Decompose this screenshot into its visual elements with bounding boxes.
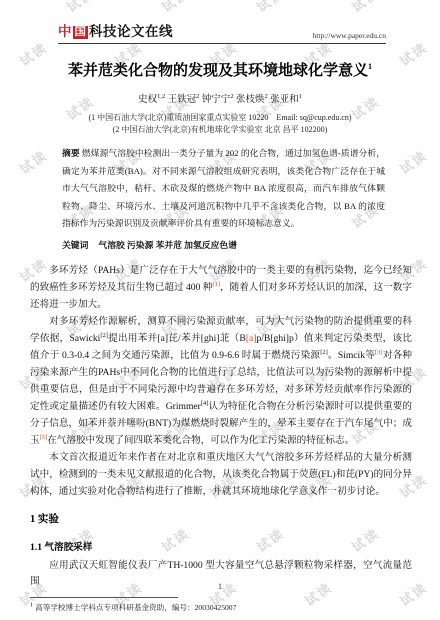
section-heading-experiment: 1 实验 <box>30 511 440 526</box>
watermark-text: 试读 <box>157 0 192 16</box>
footnote-divider <box>30 597 178 598</box>
site-header: 中国科技论文在线 http://www.paper.edu.cn <box>58 20 386 44</box>
subsection-heading-sampling: 1.1 气溶胶采样 <box>30 539 440 553</box>
logo-text: 科技论文在线 <box>89 24 173 39</box>
abstract-label: 摘要 <box>62 148 80 158</box>
page-number: 1 <box>0 581 440 591</box>
body-paragraph-2: 对多环芳烃作源解析，测算不同污染源贡献率，可为大气污染物的防治提供重要的科学依据… <box>30 313 412 449</box>
keywords-text: 气溶胶 污染源 苯并苊 加氢反应色谱 <box>98 240 237 250</box>
paper-title: 苯并苊类化合物的发现及其环境地球化学意义1 <box>0 59 440 80</box>
watermark-text: 试读 <box>252 0 287 16</box>
watermark-text: 试读 <box>62 0 97 16</box>
keywords-label: 关键词 <box>62 240 88 250</box>
body-paragraph-3: 本文首次报道近年来作者在对北京和重庆地区大气气溶胶多环芳烃样品的大量分析测试中，… <box>30 449 412 500</box>
affiliation-line-1: (1 中国石油大学(北京)重质油国家重点实验室 10220 Email: sq@… <box>0 112 440 124</box>
watermark-text: 试读 <box>347 0 382 16</box>
site-url[interactable]: http://www.paper.edu.cn <box>313 31 386 40</box>
footnote-text: 高等学校博士学科点专项科研基金资助，编号：20030425007 <box>33 603 236 612</box>
authors-line: 史权1,2 王铁冠2 钟宁宁2 张枝焕2 张亚和1 <box>0 91 440 105</box>
watermark-text: 试读 <box>0 0 3 16</box>
paper-page: 试读试读试读试读试读试读试读试读试读试读试读试读试读试读试读试读试读试读试读试读… <box>0 0 440 620</box>
title-superscript: 1 <box>368 62 372 71</box>
logo-char-zhong: 中 <box>58 24 72 39</box>
body-text: 多环芳烃（PAHs）是广泛存在于大气气溶胶中的一类主要的有机污染物，迄今已经知的… <box>30 262 412 500</box>
site-logo: 中国科技论文在线 <box>58 20 173 40</box>
affiliation-line-2: (2 中国石油大学(北京)有机地球化学实验室 北京 昌平 102200) <box>0 124 440 136</box>
abstract: 摘要 燃煤源气溶胶中检测出一类分子量为 202 的化合物，通过加氢色谱-质谱分析… <box>62 145 385 233</box>
logo-char-guo: 国 <box>73 26 88 39</box>
footnote: 1 高等学校博士学科点专项科研基金资助，编号：20030425007 <box>30 602 412 613</box>
abstract-text: 燃煤源气溶胶中检测出一类分子量为 202 的化合物，通过加氢色谱-质谱分析，确定… <box>62 148 385 228</box>
affiliations: (1 中国石油大学(北京)重质油国家重点实验室 10220 Email: sq@… <box>0 112 440 136</box>
paper-title-text: 苯并苊类化合物的发现及其环境地球化学意义 <box>68 63 368 79</box>
body-paragraph-1: 多环芳烃（PAHs）是广泛存在于大气气溶胶中的一类主要的有机污染物，迄今已经知的… <box>30 262 412 313</box>
page-content: 中国科技论文在线 http://www.paper.edu.cn 苯并苊类化合物… <box>0 20 440 613</box>
keywords-line: 关键词气溶胶 污染源 苯并苊 加氢反应色谱 <box>62 238 385 251</box>
